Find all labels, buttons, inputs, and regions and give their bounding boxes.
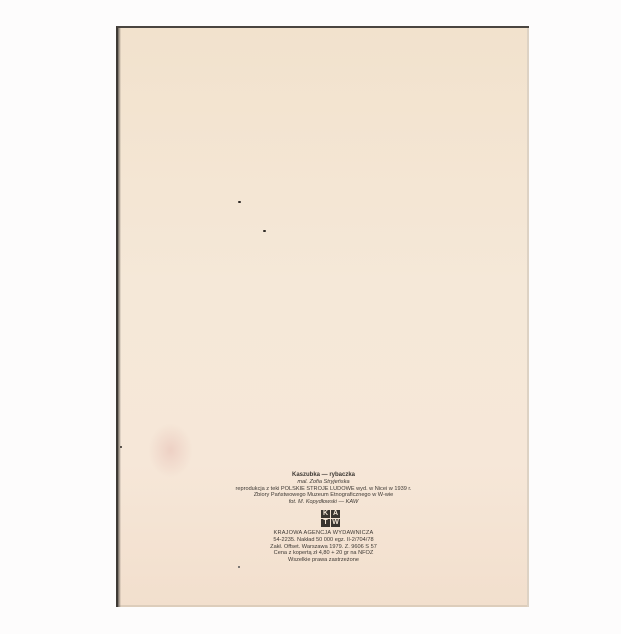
speck [263,230,266,232]
price: Cena z kopertą zł 4,80 + 20 gr na NFOZ [118,550,529,557]
logo-letter: W [331,519,340,527]
printing-plant: Zakł. Offset. Warszawa 1979. Z. 9606 S 5… [118,544,529,551]
kaw-logo-icon: K A T W [321,510,340,527]
painter-credit: mal. Zofia Stryjeńska [118,479,529,486]
logo-letter: T [321,519,330,527]
artwork-title: Kaszubka — rybaczka [118,472,529,479]
publisher-block: KRAJOWA AGENCJA WYDAWNICZA 54-2235. Nakł… [118,530,529,564]
reproduction-note: reprodukcja z teki POLSKIE STROJE LUDOWE… [118,486,529,493]
postcard-back: Kaszubka — rybaczka mal. Zofia Stryjeńsk… [116,26,529,607]
credits-block: Kaszubka — rybaczka mal. Zofia Stryjeńsk… [118,472,529,564]
speck [238,201,241,203]
speck [120,446,122,448]
dot [238,566,240,568]
logo-letter: A [331,510,340,518]
collection-note: Zbiory Państwowego Muzeum Etnograficzneg… [118,492,529,499]
logo-letter: K [321,510,330,518]
print-info: 54-2235. Nakład 50 000 egz. II-2/704/78 [118,537,529,544]
photo-credit: fot. M. Kopydłowski — KAW [118,499,529,506]
publisher-name: KRAJOWA AGENCJA WYDAWNICZA [118,530,529,537]
rights-notice: Wszelkie prawa zastrzeżone [118,557,529,564]
stain [148,423,193,478]
